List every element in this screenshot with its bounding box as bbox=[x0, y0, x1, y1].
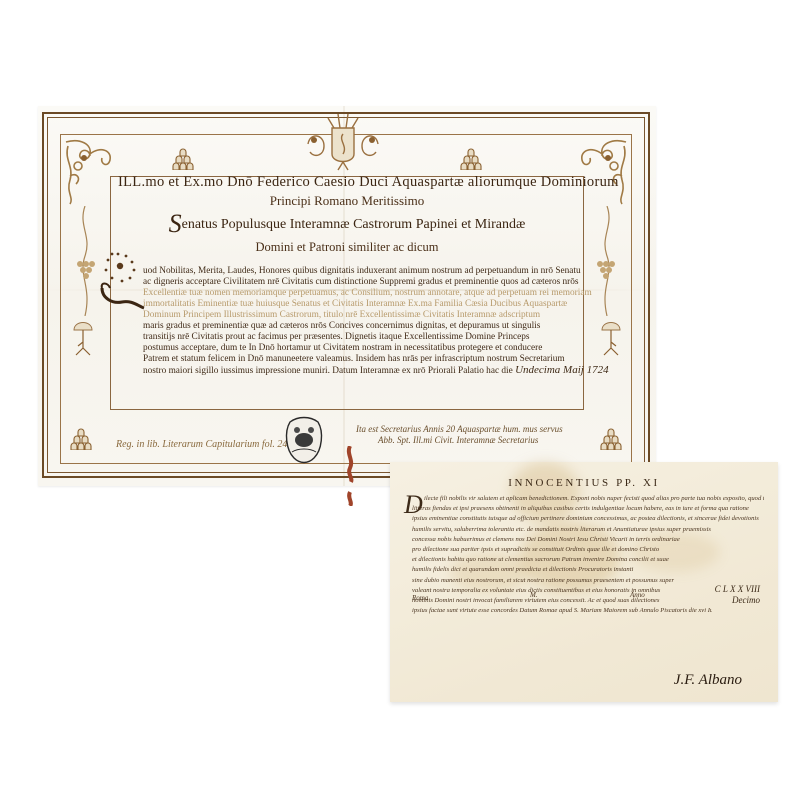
heading-line-2: Principi Romano Meritissimo bbox=[118, 193, 576, 209]
heading-line-1: ILL.mo et Ex.mo Dnō Federico Caesio Duci… bbox=[118, 174, 576, 191]
body-line: uod Nobilitas, Merita, Laudes, Honores q… bbox=[143, 266, 623, 277]
brief-line: et dilectionis habitu quo ratione ut cle… bbox=[412, 555, 764, 565]
tree-ornament-icon bbox=[72, 318, 94, 356]
brief-footer: Roma M. Anno bbox=[412, 594, 764, 602]
heraldic-mount-icon bbox=[172, 144, 194, 170]
body-line: maris gradus et preminentiæ quæ ad cæter… bbox=[143, 321, 623, 332]
diploma-document: ILL.mo et Ex.mo Dnō Federico Caesio Duci… bbox=[38, 106, 656, 486]
brief-signature: J.F. Albano bbox=[674, 672, 742, 689]
body-line: Dominum Principem Illustrissimum Castror… bbox=[143, 310, 623, 321]
brief-line: ilecte fili nobilis vir salutem et aplic… bbox=[412, 494, 764, 504]
body-line: ac digneris acceptare Civilitatem nrē Ci… bbox=[143, 277, 623, 288]
body-line: postumus acceptare, dum te In Dnō hortam… bbox=[143, 343, 623, 354]
heraldic-crest-icon bbox=[288, 114, 398, 172]
body-line: Excellentiæ tuæ nomen memoriamque perpet… bbox=[143, 288, 623, 299]
seal-cord-icon bbox=[344, 446, 358, 506]
heading-line-4: Domini et Patroni similiter ac dicum bbox=[118, 240, 576, 255]
ink-seal-stamp-icon bbox=[284, 416, 324, 466]
illuminated-initial-q-icon bbox=[96, 248, 146, 310]
secretary-signature-note: Ita est Secretarius Annis 20 Aquaspartæ … bbox=[356, 424, 576, 446]
diploma-body-text: uod Nobilitas, Merita, Laudes, Honores q… bbox=[143, 266, 623, 377]
brief-line: ipsius factae sunt virtute esse concorde… bbox=[412, 606, 712, 616]
corner-ornament-icon bbox=[60, 136, 120, 206]
brief-date: C L X X VIII Decimo bbox=[715, 584, 760, 606]
papal-brief-document: INNOCENTIUS PP. XI D ilecte fili nobilis… bbox=[390, 462, 778, 702]
brief-line: sine dubio manenti eius nostrorum, et si… bbox=[412, 576, 764, 586]
brief-line: humilis fidelis dici et quarundam omni p… bbox=[412, 565, 764, 575]
brief-line: humilis servitu, saluberrima tolerantia … bbox=[412, 525, 764, 535]
body-line: nostro maiori sigillo iussimus impressio… bbox=[143, 365, 623, 377]
brief-line: ipsius eminentiae constitutis tuisque ad… bbox=[412, 514, 764, 524]
heraldic-mount-icon bbox=[70, 424, 92, 450]
registration-note: Reg. in lib. Literarum Capitularium fol.… bbox=[116, 439, 292, 450]
body-line: immortalitatis Eminentiæ tuæ huiusque Se… bbox=[143, 299, 623, 310]
heraldic-mount-icon bbox=[460, 144, 482, 170]
diploma-heading: ILL.mo et Ex.mo Dnō Federico Caesio Duci… bbox=[118, 174, 576, 255]
brief-line: pro dilectione sua pariter ipsis et supr… bbox=[412, 545, 764, 555]
brief-title: INNOCENTIUS PP. XI bbox=[390, 477, 778, 489]
body-line: Patrem et statum felicem in Dnō manuneet… bbox=[143, 354, 623, 365]
brief-line: concessa nobis habuerimus et clemens nos… bbox=[412, 535, 764, 545]
heading-line-3: Senatus Populusque Interamnæ Castrorum P… bbox=[118, 209, 576, 239]
date-phrase: Undecima Maij 1724 bbox=[515, 365, 608, 376]
heraldic-mount-icon bbox=[600, 424, 622, 450]
corner-ornament-icon bbox=[572, 136, 632, 206]
brief-line: litteras fiendas et ipsi praesens obtine… bbox=[412, 504, 764, 514]
body-line: transitijs nrē Civitatis prout ac facimu… bbox=[143, 332, 623, 343]
heading-initial: S bbox=[169, 209, 182, 238]
